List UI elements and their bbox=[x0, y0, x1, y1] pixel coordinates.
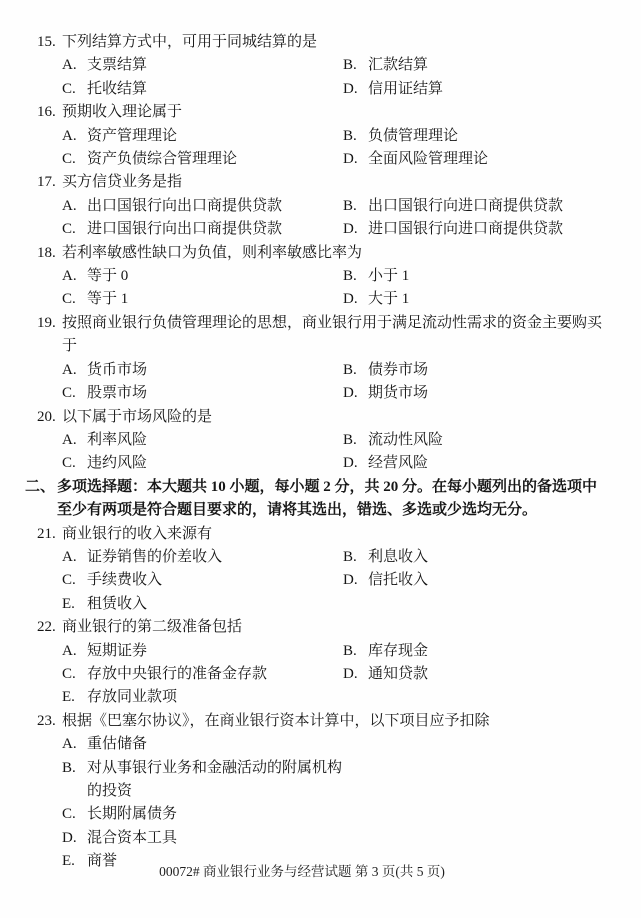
option: D.通知贷款 bbox=[343, 663, 428, 686]
option-text: 托收结算 bbox=[87, 78, 147, 101]
options-row: C.托收结算D.信用证结算 bbox=[0, 78, 641, 101]
option-text: 存放同业款项 bbox=[87, 686, 177, 709]
question-number: 16. bbox=[37, 101, 62, 124]
question-head: 18.若利率敏感性缺口为负值，则利率敏感比率为 bbox=[0, 242, 641, 265]
question-stem-line: 预期收入理论属于 bbox=[62, 101, 603, 124]
option-label: D. bbox=[343, 452, 368, 475]
section-heading: 二、多项选择题：本大题共 10 小题，每小题 2 分，共 20 分。在每小题列出… bbox=[0, 476, 641, 523]
option-text: 库存现金 bbox=[368, 640, 428, 663]
question-head: 17.买方信贷业务是指 bbox=[0, 171, 641, 194]
option-label: B. bbox=[62, 757, 87, 804]
question-stem: 买方信贷业务是指 bbox=[62, 171, 603, 194]
option-label: C. bbox=[62, 452, 87, 475]
options-row: C.长期附属债务 bbox=[0, 803, 641, 826]
question-stem-line: 下列结算方式中，可用于同城结算的是 bbox=[62, 31, 603, 54]
question-number: 21. bbox=[37, 523, 62, 546]
options-row: E.存放同业款项 bbox=[0, 686, 641, 709]
question-item: 18.若利率敏感性缺口为负值，则利率敏感比率为A.等于 0B.小于 1C.等于 … bbox=[0, 242, 641, 312]
option-text: 存放中央银行的准备金存款 bbox=[87, 663, 267, 686]
option-text: 违约风险 bbox=[87, 452, 147, 475]
option-label: D. bbox=[343, 288, 368, 311]
section-heading-text: 多项选择题：本大题共 10 小题，每小题 2 分，共 20 分。在每小题列出的备… bbox=[57, 476, 605, 523]
question-stem-line: 买方信贷业务是指 bbox=[62, 171, 603, 194]
option-label: C. bbox=[62, 382, 87, 405]
question-item: 19.按照商业银行负债管理理论的思想，商业银行用于满足流动性需求的资金主要购买于… bbox=[0, 312, 641, 406]
question-head: 20.以下属于市场风险的是 bbox=[0, 406, 641, 429]
option-text: 手续费收入 bbox=[87, 569, 162, 592]
option-text: 债券市场 bbox=[368, 359, 428, 382]
option: C.存放中央银行的准备金存款 bbox=[62, 663, 343, 686]
options-row: C.进口国银行向出口商提供贷款D.进口国银行向进口商提供贷款 bbox=[0, 218, 641, 241]
question-head: 16.预期收入理论属于 bbox=[0, 101, 641, 124]
option-text: 进口国银行向出口商提供贷款 bbox=[87, 218, 282, 241]
option-label: C. bbox=[62, 148, 87, 171]
option: D.全面风险管理理论 bbox=[343, 148, 488, 171]
option-text: 等于 1 bbox=[87, 288, 128, 311]
exam-page: 15.下列结算方式中，可用于同城结算的是A.支票结算B.汇款结算C.托收结算D.… bbox=[0, 0, 641, 918]
option: D.进口国银行向进口商提供贷款 bbox=[343, 218, 563, 241]
option: B.利息收入 bbox=[343, 546, 428, 569]
question-stem-line: 若利率敏感性缺口为负值，则利率敏感比率为 bbox=[62, 242, 603, 265]
option-text: 资产管理理论 bbox=[87, 125, 177, 148]
options-row: A.重估储备 bbox=[0, 733, 641, 756]
options-row: A.支票结算B.汇款结算 bbox=[0, 54, 641, 77]
exam-content: 15.下列结算方式中，可用于同城结算的是A.支票结算B.汇款结算C.托收结算D.… bbox=[0, 31, 641, 874]
option-label: B. bbox=[343, 546, 368, 569]
option-text: 进口国银行向进口商提供贷款 bbox=[368, 218, 563, 241]
options-row: D.混合资本工具 bbox=[0, 827, 641, 850]
option-text: 重估储备 bbox=[87, 733, 147, 756]
option-label: D. bbox=[343, 663, 368, 686]
option-text: 对从事银行业务和金融活动的附属机构的投资 bbox=[87, 757, 343, 804]
option-text: 负债管理理论 bbox=[368, 125, 458, 148]
option-text: 短期证券 bbox=[87, 640, 147, 663]
option-text: 利率风险 bbox=[87, 429, 147, 452]
option-label: B. bbox=[343, 429, 368, 452]
option: A.资产管理理论 bbox=[62, 125, 343, 148]
option: A.重估储备 bbox=[62, 733, 343, 756]
option: B.库存现金 bbox=[343, 640, 428, 663]
option: C.资产负债综合管理理论 bbox=[62, 148, 343, 171]
option: C.进口国银行向出口商提供贷款 bbox=[62, 218, 343, 241]
option: C.违约风险 bbox=[62, 452, 343, 475]
options-row: A.货币市场B.债券市场 bbox=[0, 359, 641, 382]
option: B.小于 1 bbox=[343, 265, 409, 288]
options-row: A.证券销售的价差收入B.利息收入 bbox=[0, 546, 641, 569]
section-heading-line: 多项选择题：本大题共 10 小题，每小题 2 分，共 20 分。在每小题列出的备… bbox=[57, 476, 605, 499]
option-text: 资产负债综合管理理论 bbox=[87, 148, 237, 171]
question-head: 22.商业银行的第二级准备包括 bbox=[0, 616, 641, 639]
options-row: C.资产负债综合管理理论D.全面风险管理理论 bbox=[0, 148, 641, 171]
option: B.汇款结算 bbox=[343, 54, 428, 77]
question-head: 19.按照商业银行负债管理理论的思想，商业银行用于满足流动性需求的资金主要购买于 bbox=[0, 312, 641, 359]
question-number: 15. bbox=[37, 31, 62, 54]
option-label: A. bbox=[62, 359, 87, 382]
options-row: A.资产管理理论B.负债管理理论 bbox=[0, 125, 641, 148]
section-heading-number: 二、 bbox=[25, 476, 57, 523]
option-label: D. bbox=[343, 218, 368, 241]
option: D.经营风险 bbox=[343, 452, 428, 475]
question-number: 20. bbox=[37, 406, 62, 429]
option-text: 信托收入 bbox=[368, 569, 428, 592]
question-number: 17. bbox=[37, 171, 62, 194]
question-stem-line: 以下属于市场风险的是 bbox=[62, 406, 603, 429]
question-number: 19. bbox=[37, 312, 62, 359]
question-stem: 预期收入理论属于 bbox=[62, 101, 603, 124]
option-label: B. bbox=[343, 640, 368, 663]
question-item: 23.根据《巴塞尔协议》，在商业银行资本计算中，以下项目应予扣除A.重估储备B.… bbox=[0, 710, 641, 874]
option-text: 出口国银行向进口商提供贷款 bbox=[368, 195, 563, 218]
question-stem-line: 按照商业银行负债管理理论的思想，商业银行用于满足流动性需求的资金主要购买 bbox=[62, 312, 603, 335]
option-text: 出口国银行向出口商提供贷款 bbox=[87, 195, 282, 218]
option-label: C. bbox=[62, 218, 87, 241]
question-stem: 商业银行的第二级准备包括 bbox=[62, 616, 603, 639]
question-stem-line: 于 bbox=[62, 335, 603, 358]
option-text: 货币市场 bbox=[87, 359, 147, 382]
question-item: 15.下列结算方式中，可用于同城结算的是A.支票结算B.汇款结算C.托收结算D.… bbox=[0, 31, 641, 101]
option: C.托收结算 bbox=[62, 78, 343, 101]
option: B.债券市场 bbox=[343, 359, 428, 382]
option-text: 混合资本工具 bbox=[87, 827, 177, 850]
options-row: C.存放中央银行的准备金存款D.通知贷款 bbox=[0, 663, 641, 686]
options-row: C.股票市场D.期货市场 bbox=[0, 382, 641, 405]
question-stem: 商业银行的收入来源有 bbox=[62, 523, 603, 546]
page-footer: 00072# 商业银行业务与经营试题 第 3 页(共 5 页) bbox=[0, 860, 604, 883]
question-stem: 以下属于市场风险的是 bbox=[62, 406, 603, 429]
option-label: B. bbox=[343, 195, 368, 218]
option-label: D. bbox=[343, 78, 368, 101]
options-row: A.等于 0B.小于 1 bbox=[0, 265, 641, 288]
question-stem: 按照商业银行负债管理理论的思想，商业银行用于满足流动性需求的资金主要购买于 bbox=[62, 312, 603, 359]
question-item: 17.买方信贷业务是指A.出口国银行向出口商提供贷款B.出口国银行向进口商提供贷… bbox=[0, 171, 641, 241]
option-label: A. bbox=[62, 125, 87, 148]
option-label: E. bbox=[62, 686, 87, 709]
option-label: C. bbox=[62, 663, 87, 686]
option: E.存放同业款项 bbox=[62, 686, 343, 709]
question-stem: 下列结算方式中，可用于同城结算的是 bbox=[62, 31, 603, 54]
question-number: 22. bbox=[37, 616, 62, 639]
question-item: 16.预期收入理论属于A.资产管理理论B.负债管理理论C.资产负债综合管理理论D… bbox=[0, 101, 641, 171]
option-label: B. bbox=[343, 359, 368, 382]
options-row: C.违约风险D.经营风险 bbox=[0, 452, 641, 475]
option-label: D. bbox=[343, 569, 368, 592]
option: D.大于 1 bbox=[343, 288, 409, 311]
option-text: 信用证结算 bbox=[368, 78, 443, 101]
option-text: 租赁收入 bbox=[87, 593, 147, 616]
option-text: 大于 1 bbox=[368, 288, 409, 311]
option-text: 小于 1 bbox=[368, 265, 409, 288]
option-label: A. bbox=[62, 195, 87, 218]
option-label: A. bbox=[62, 54, 87, 77]
option-text: 长期附属债务 bbox=[87, 803, 177, 826]
options-row: B.对从事银行业务和金融活动的附属机构的投资 bbox=[0, 757, 641, 804]
option: A.短期证券 bbox=[62, 640, 343, 663]
options-row: C.等于 1D.大于 1 bbox=[0, 288, 641, 311]
option-text: 等于 0 bbox=[87, 265, 128, 288]
options-row: A.短期证券B.库存现金 bbox=[0, 640, 641, 663]
option: B.对从事银行业务和金融活动的附属机构的投资 bbox=[62, 757, 343, 804]
section-heading-line: 至少有两项是符合题目要求的，请将其选出，错选、多选或少选均无分。 bbox=[57, 499, 605, 522]
question-item: 21.商业银行的收入来源有A.证券销售的价差收入B.利息收入C.手续费收入D.信… bbox=[0, 523, 641, 617]
options-row: E.租赁收入 bbox=[0, 593, 641, 616]
option: B.负债管理理论 bbox=[343, 125, 458, 148]
option-label: B. bbox=[343, 265, 368, 288]
option-text: 全面风险管理理论 bbox=[368, 148, 488, 171]
option-text: 期货市场 bbox=[368, 382, 428, 405]
option-label: C. bbox=[62, 803, 87, 826]
option-text: 通知贷款 bbox=[368, 663, 428, 686]
options-row: A.出口国银行向出口商提供贷款B.出口国银行向进口商提供贷款 bbox=[0, 195, 641, 218]
option: D.信用证结算 bbox=[343, 78, 443, 101]
option-label: A. bbox=[62, 546, 87, 569]
option-label: C. bbox=[62, 78, 87, 101]
page-footer-text: 00072# 商业银行业务与经营试题 第 3 页(共 5 页) bbox=[159, 864, 445, 879]
option: A.货币市场 bbox=[62, 359, 343, 382]
question-number: 23. bbox=[37, 710, 62, 733]
question-stem-line: 根据《巴塞尔协议》，在商业银行资本计算中，以下项目应予扣除 bbox=[62, 710, 603, 733]
question-stem: 根据《巴塞尔协议》，在商业银行资本计算中，以下项目应予扣除 bbox=[62, 710, 603, 733]
option: E.租赁收入 bbox=[62, 593, 343, 616]
option-label: A. bbox=[62, 640, 87, 663]
option-label: A. bbox=[62, 733, 87, 756]
option: B.出口国银行向进口商提供贷款 bbox=[343, 195, 563, 218]
question-stem-line: 商业银行的收入来源有 bbox=[62, 523, 603, 546]
option-label: D. bbox=[62, 827, 87, 850]
options-row: A.利率风险B.流动性风险 bbox=[0, 429, 641, 452]
option: C.长期附属债务 bbox=[62, 803, 343, 826]
option-text: 支票结算 bbox=[87, 54, 147, 77]
option-text: 证券销售的价差收入 bbox=[87, 546, 222, 569]
question-number: 18. bbox=[37, 242, 62, 265]
option-label: D. bbox=[343, 148, 368, 171]
question-head: 23.根据《巴塞尔协议》，在商业银行资本计算中，以下项目应予扣除 bbox=[0, 710, 641, 733]
question-head: 21.商业银行的收入来源有 bbox=[0, 523, 641, 546]
option-text: 股票市场 bbox=[87, 382, 147, 405]
option-text: 汇款结算 bbox=[368, 54, 428, 77]
option-label: B. bbox=[343, 54, 368, 77]
option: A.等于 0 bbox=[62, 265, 343, 288]
option: D.信托收入 bbox=[343, 569, 428, 592]
option: C.股票市场 bbox=[62, 382, 343, 405]
option-text: 流动性风险 bbox=[368, 429, 443, 452]
option: A.利率风险 bbox=[62, 429, 343, 452]
option-label: A. bbox=[62, 265, 87, 288]
option: B.流动性风险 bbox=[343, 429, 443, 452]
option-label: D. bbox=[343, 382, 368, 405]
option-text: 经营风险 bbox=[368, 452, 428, 475]
option-label: A. bbox=[62, 429, 87, 452]
question-stem: 若利率敏感性缺口为负值，则利率敏感比率为 bbox=[62, 242, 603, 265]
question-item: 22.商业银行的第二级准备包括A.短期证券B.库存现金C.存放中央银行的准备金存… bbox=[0, 616, 641, 710]
option: D.混合资本工具 bbox=[62, 827, 343, 850]
question-stem-line: 商业银行的第二级准备包括 bbox=[62, 616, 603, 639]
option-label: C. bbox=[62, 569, 87, 592]
option-label: B. bbox=[343, 125, 368, 148]
option: A.出口国银行向出口商提供贷款 bbox=[62, 195, 343, 218]
question-head: 15.下列结算方式中，可用于同城结算的是 bbox=[0, 31, 641, 54]
option: C.等于 1 bbox=[62, 288, 343, 311]
option: A.证券销售的价差收入 bbox=[62, 546, 343, 569]
option: C.手续费收入 bbox=[62, 569, 343, 592]
option-label: C. bbox=[62, 288, 87, 311]
option-text: 利息收入 bbox=[368, 546, 428, 569]
option: D.期货市场 bbox=[343, 382, 428, 405]
option: A.支票结算 bbox=[62, 54, 343, 77]
options-row: C.手续费收入D.信托收入 bbox=[0, 569, 641, 592]
question-item: 20.以下属于市场风险的是A.利率风险B.流动性风险C.违约风险D.经营风险 bbox=[0, 406, 641, 476]
option-label: E. bbox=[62, 593, 87, 616]
